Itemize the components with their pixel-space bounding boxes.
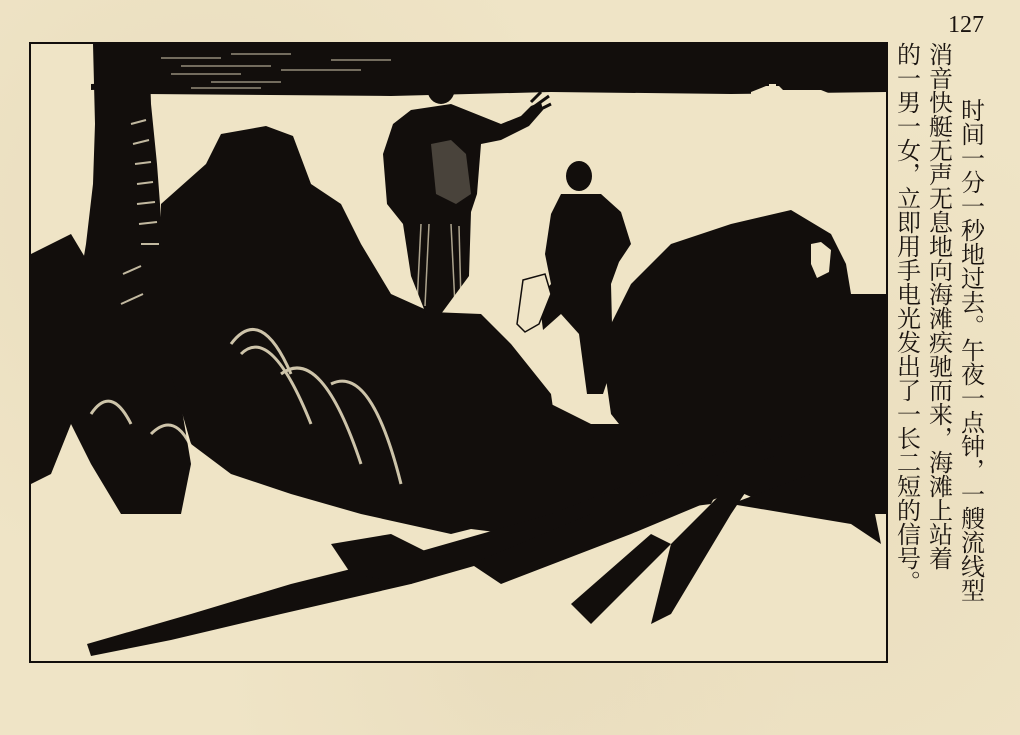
man-pointing-figure [383,72,551,314]
caption-text-1: 时间一分一秒地过去。午夜一点钟，一艘流线型 [957,98,985,602]
ink-illustration [31,44,886,661]
caption-column-3: 的一男一女，立即用手电光发出了一长二短的信号。 [892,42,921,594]
caption-column-1: 时间一分一秒地过去。午夜一点钟，一艘流线型 [956,42,985,602]
page-number: 127 [948,12,984,39]
illustration-panel [29,42,888,663]
caption-column-2: 消音快艇无声无息地向海滩疾驰而来，海滩上站着 [924,42,953,570]
